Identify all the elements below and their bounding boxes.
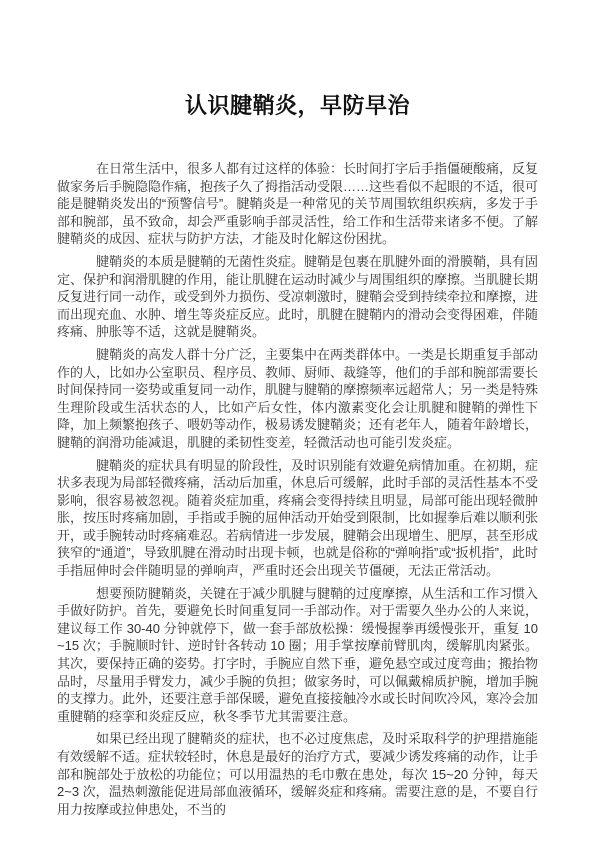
document-title: 认识腱鞘炎，早防早治 [0, 0, 595, 119]
document-page: 认识腱鞘炎，早防早治 在日常生活中，很多人都有过这样的体验：长时间打字后手指僵硬… [0, 0, 595, 841]
paragraph-symptoms: 腱鞘炎的症状具有明显的阶段性，及时识别能有效避免病情加重。在初期，症状多表现为局… [57, 457, 538, 580]
paragraph-intro: 在日常生活中，很多人都有过这样的体验：长时间打字后手指僵硬酸痛，反复做家务后手腕… [57, 160, 538, 248]
document-body: 在日常生活中，很多人都有过这样的体验：长时间打字后手指僵硬酸痛，反复做家务后手腕… [57, 160, 538, 818]
paragraph-definition: 腱鞘炎的本质是腱鞘的无菌性炎症。腱鞘是包裹在肌腱外面的滑膜鞘，具有固定、保护和润… [57, 253, 538, 341]
paragraph-care: 如果已经出现了腱鞘炎的症状，也不必过度焦虑，及时采取科学的护理措施能有效缓解不适… [57, 730, 538, 818]
paragraph-prevention: 想要预防腱鞘炎，关键在于减少肌腱与腱鞘的过度摩擦，从生活和工作习惯入手做好防护。… [57, 585, 538, 726]
paragraph-risk-groups: 腱鞘炎的高发人群十分广泛，主要集中在两类群体中。一类是长期重复手部动作的人，比如… [57, 346, 538, 452]
